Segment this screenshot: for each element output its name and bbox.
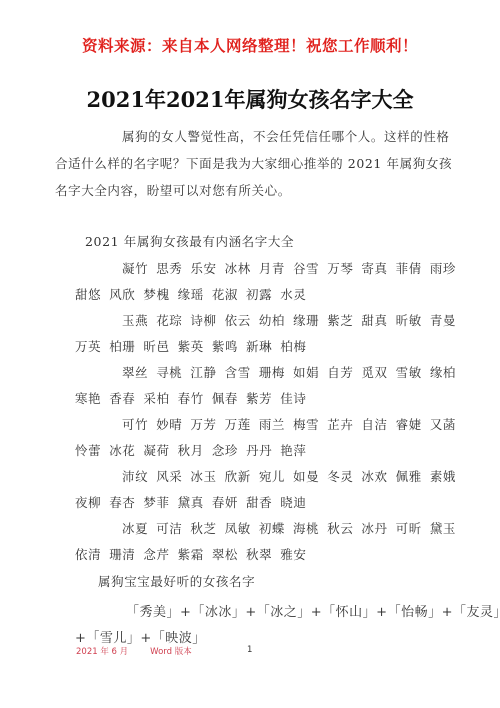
name-item: 万英 [75, 339, 101, 354]
name-item: 佩雅 [396, 469, 422, 484]
name-item: 冰丹 [361, 521, 387, 536]
page-title: 2021年2021年属狗女孩名字大全 [0, 84, 500, 114]
intro-line-3: 名字大全内容，盼望可以对您有所关心。 [55, 181, 291, 199]
name-item: 紫芳 [246, 391, 272, 406]
name-item: 睿婕 [396, 417, 422, 432]
name-item: 珊清 [109, 547, 135, 562]
name-item: 可昕 [396, 521, 422, 536]
name-item: 春杏 [109, 495, 135, 510]
name-item: 雨兰 [259, 417, 285, 432]
names-row: 凝竹思秀乐安冰林月青谷雪万琴寄真菲倩雨珍 [122, 259, 464, 277]
section-heading-2: 属狗宝宝最好听的女孩名字 [98, 572, 255, 590]
section-heading-1: 2021 年属狗女孩最有内涵名字大全 [85, 232, 294, 250]
name-item: 黛玉 [430, 521, 456, 536]
name-item: 柏梅 [280, 339, 306, 354]
name-item: 凝荷 [143, 443, 169, 458]
name-item: 甜香 [246, 495, 272, 510]
name-item: 妙晴 [156, 417, 182, 432]
names-row: 万英柏珊昕邑紫英紫鸣新琳柏梅 [75, 337, 314, 355]
names-row: 翠丝寻桃江静含雪珊梅如娟自芳觅双雪敏缘柏 [122, 363, 464, 381]
name-item: 冬灵 [327, 469, 353, 484]
name-item: 初蝶 [259, 521, 285, 536]
name-item: 佳诗 [280, 391, 306, 406]
name-item: 欣新 [225, 469, 251, 484]
name-item: 念珍 [212, 443, 238, 458]
name-item: 珊梅 [259, 365, 285, 380]
names-row: 寒艳香春采柏春竹佩春紫芳佳诗 [75, 389, 314, 407]
name-item: 思秀 [156, 261, 182, 276]
names-row: 依清珊清念芹紫霜翠松秋翠雅安 [75, 545, 314, 563]
name-item: 万莲 [225, 417, 251, 432]
name-item: 翠丝 [122, 365, 148, 380]
name-item: 花淑 [212, 287, 238, 302]
name-item: 春妍 [212, 495, 238, 510]
name-item: 寒艳 [75, 391, 101, 406]
name-item: 芷卉 [327, 417, 353, 432]
name-item: 冰欢 [361, 469, 387, 484]
name-item: 怜蕾 [75, 443, 101, 458]
footer-date: 2021 年 6 月 [76, 647, 128, 657]
name-item: 冰夏 [122, 521, 148, 536]
name-item: 黛真 [178, 495, 204, 510]
name-item: 含雪 [225, 365, 251, 380]
name-item: 念芹 [143, 547, 169, 562]
name-item: 梅雪 [293, 417, 319, 432]
name-item: 冰玉 [190, 469, 216, 484]
name-item: 幼柏 [259, 313, 285, 328]
name-item: 自洁 [361, 417, 387, 432]
name-item: 花琮 [156, 313, 182, 328]
name-item: 艳萍 [280, 443, 306, 458]
footer-version: Word 版本 [150, 647, 192, 657]
names-row: 夜柳春杏梦菲黛真春妍甜香晓迪 [75, 493, 314, 511]
name-formula-line-2: +「雪儿」+「映波」 [75, 627, 206, 646]
name-item: 凤敏 [225, 521, 251, 536]
source-note: 资料来源：来自本人网络整理！祝您工作顺利！ [0, 34, 500, 56]
name-item: 雅安 [280, 547, 306, 562]
name-item: 采柏 [143, 391, 169, 406]
name-item: 沛纹 [122, 469, 148, 484]
names-row: 甜悠风欣梦槐缘瑶花淑初露水灵 [75, 285, 314, 303]
name-item: 万芳 [190, 417, 216, 432]
intro-line-2: 合适什么样的名字呢？下面是我为大家细心推举的 2021 年属狗女孩 [55, 154, 452, 172]
page-number: 1 [247, 645, 252, 655]
name-item: 如曼 [293, 469, 319, 484]
names-row: 怜蕾冰花凝荷秋月念珍丹丹艳萍 [75, 441, 314, 459]
name-item: 甜真 [361, 313, 387, 328]
name-item: 秋月 [178, 443, 204, 458]
name-item: 可竹 [122, 417, 148, 432]
name-item: 寄真 [361, 261, 387, 276]
name-formula-line-1: 「秀美」+「冰冰」+「冰之」+「怀山」+「怡畅」+「友灵」 [126, 601, 500, 620]
name-item: 如娟 [293, 365, 319, 380]
name-item: 紫芝 [327, 313, 353, 328]
name-item: 依云 [225, 313, 251, 328]
name-item: 紫鸣 [212, 339, 238, 354]
names-row: 玉燕花琮诗柳依云幼柏缘珊紫芝甜真昕敏青曼 [122, 311, 464, 329]
name-item: 缘珊 [293, 313, 319, 328]
name-item: 翠松 [212, 547, 238, 562]
name-item: 昕邑 [143, 339, 169, 354]
name-item: 乐安 [190, 261, 216, 276]
name-item: 秋翠 [246, 547, 272, 562]
name-item: 菲倩 [396, 261, 422, 276]
name-item: 新琳 [246, 339, 272, 354]
name-item: 素娥 [430, 469, 456, 484]
name-item: 秋芝 [190, 521, 216, 536]
name-item: 诗柳 [190, 313, 216, 328]
name-item: 冰林 [225, 261, 251, 276]
name-item: 佩春 [212, 391, 238, 406]
name-item: 万琴 [327, 261, 353, 276]
name-item: 紫霜 [178, 547, 204, 562]
name-item: 玉燕 [122, 313, 148, 328]
name-item: 雨珍 [430, 261, 456, 276]
name-item: 江静 [190, 365, 216, 380]
name-item: 觅双 [361, 365, 387, 380]
name-item: 初露 [246, 287, 272, 302]
name-item: 香春 [109, 391, 135, 406]
name-item: 月青 [259, 261, 285, 276]
name-item: 晓迪 [280, 495, 306, 510]
name-item: 风欣 [109, 287, 135, 302]
name-item: 甜悠 [75, 287, 101, 302]
names-row: 沛纹风采冰玉欣新宛儿如曼冬灵冰欢佩雅素娥 [122, 467, 464, 485]
name-item: 宛儿 [259, 469, 285, 484]
name-item: 谷雪 [293, 261, 319, 276]
name-item: 秋云 [327, 521, 353, 536]
name-item: 海桃 [293, 521, 319, 536]
document-page: 资料来源：来自本人网络整理！祝您工作顺利！ 2021年2021年属狗女孩名字大全… [0, 0, 500, 708]
name-item: 春竹 [178, 391, 204, 406]
name-item: 风采 [156, 469, 182, 484]
name-item: 梦槐 [143, 287, 169, 302]
name-item: 缘柏 [430, 365, 456, 380]
name-item: 夜柳 [75, 495, 101, 510]
name-item: 自芳 [327, 365, 353, 380]
name-item: 梦菲 [143, 495, 169, 510]
names-row: 可竹妙晴万芳万莲雨兰梅雪芷卉自洁睿婕又菡 [122, 415, 464, 433]
name-item: 冰花 [109, 443, 135, 458]
name-item: 青曼 [430, 313, 456, 328]
name-item: 紫英 [178, 339, 204, 354]
name-item: 缘瑶 [178, 287, 204, 302]
name-item: 水灵 [280, 287, 306, 302]
name-item: 丹丹 [246, 443, 272, 458]
name-item: 依清 [75, 547, 101, 562]
intro-line-1: 属狗的女人警觉性高，不会任凭信任哪个人。这样的性格 [122, 127, 450, 145]
name-item: 雪敏 [396, 365, 422, 380]
name-item: 可洁 [156, 521, 182, 536]
page-footer: 2021 年 6 月Word 版本 [76, 645, 192, 657]
name-item: 昕敏 [396, 313, 422, 328]
names-row: 冰夏可洁秋芝凤敏初蝶海桃秋云冰丹可昕黛玉 [122, 519, 464, 537]
name-item: 凝竹 [122, 261, 148, 276]
name-item: 柏珊 [109, 339, 135, 354]
name-item: 又菡 [430, 417, 456, 432]
name-item: 寻桃 [156, 365, 182, 380]
